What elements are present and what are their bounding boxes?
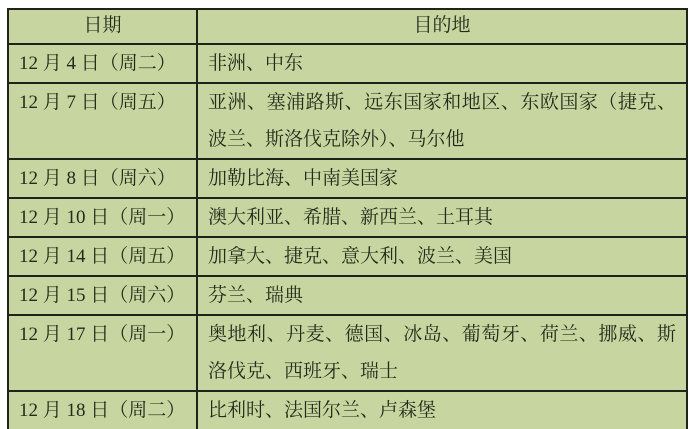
destination-cell: 芬兰、瑞典: [197, 276, 687, 315]
destination-cell: 奥地利、丹麦、德国、冰岛、葡萄牙、荷兰、挪威、斯洛伐克、西班牙、瑞士: [197, 315, 687, 391]
date-cell: 12 月 4 日（周二）: [8, 44, 197, 83]
table-row: 12 月 15 日（周六） 芬兰、瑞典: [8, 276, 687, 315]
header-row: 日期 目的地: [8, 9, 687, 44]
destination-cell: 加勒比海、中南美国家: [197, 159, 687, 198]
table-row: 12 月 17 日（周一） 奥地利、丹麦、德国、冰岛、葡萄牙、荷兰、挪威、斯洛伐…: [8, 315, 687, 391]
date-column-header: 日期: [8, 9, 197, 44]
destination-cell: 加拿大、捷克、意大利、波兰、美国: [197, 237, 687, 276]
table-row: 12 月 10 日（周一） 澳大利亚、希腊、新西兰、土耳其: [8, 198, 687, 237]
table-row: 12 月 8 日（周六） 加勒比海、中南美国家: [8, 159, 687, 198]
date-cell: 12 月 10 日（周一）: [8, 198, 197, 237]
date-cell: 12 月 8 日（周六）: [8, 159, 197, 198]
date-cell: 12 月 18 日（周二）: [8, 391, 197, 429]
table-row: 12 月 18 日（周二） 比利时、法国尔兰、卢森堡: [8, 391, 687, 429]
date-cell: 12 月 17 日（周一）: [8, 315, 197, 391]
table-row: 12 月 7 日（周五） 亚洲、塞浦路斯、远东国家和地区、东欧国家（捷克、波兰、…: [8, 83, 687, 159]
destination-cell: 比利时、法国尔兰、卢森堡: [197, 391, 687, 429]
document-page: 日期 目的地 12 月 4 日（周二） 非洲、中东 12 月 7 日（周五） 亚…: [0, 0, 692, 429]
schedule-table: 日期 目的地 12 月 4 日（周二） 非洲、中东 12 月 7 日（周五） 亚…: [7, 8, 688, 429]
destination-column-header: 目的地: [197, 9, 687, 44]
destination-cell: 澳大利亚、希腊、新西兰、土耳其: [197, 198, 687, 237]
destination-cell: 亚洲、塞浦路斯、远东国家和地区、东欧国家（捷克、波兰、斯洛伐克除外）、马尔他: [197, 83, 687, 159]
date-cell: 12 月 15 日（周六）: [8, 276, 197, 315]
table-row: 12 月 14 日（周五） 加拿大、捷克、意大利、波兰、美国: [8, 237, 687, 276]
date-cell: 12 月 14 日（周五）: [8, 237, 197, 276]
date-cell: 12 月 7 日（周五）: [8, 83, 197, 159]
table-row: 12 月 4 日（周二） 非洲、中东: [8, 44, 687, 83]
destination-cell: 非洲、中东: [197, 44, 687, 83]
